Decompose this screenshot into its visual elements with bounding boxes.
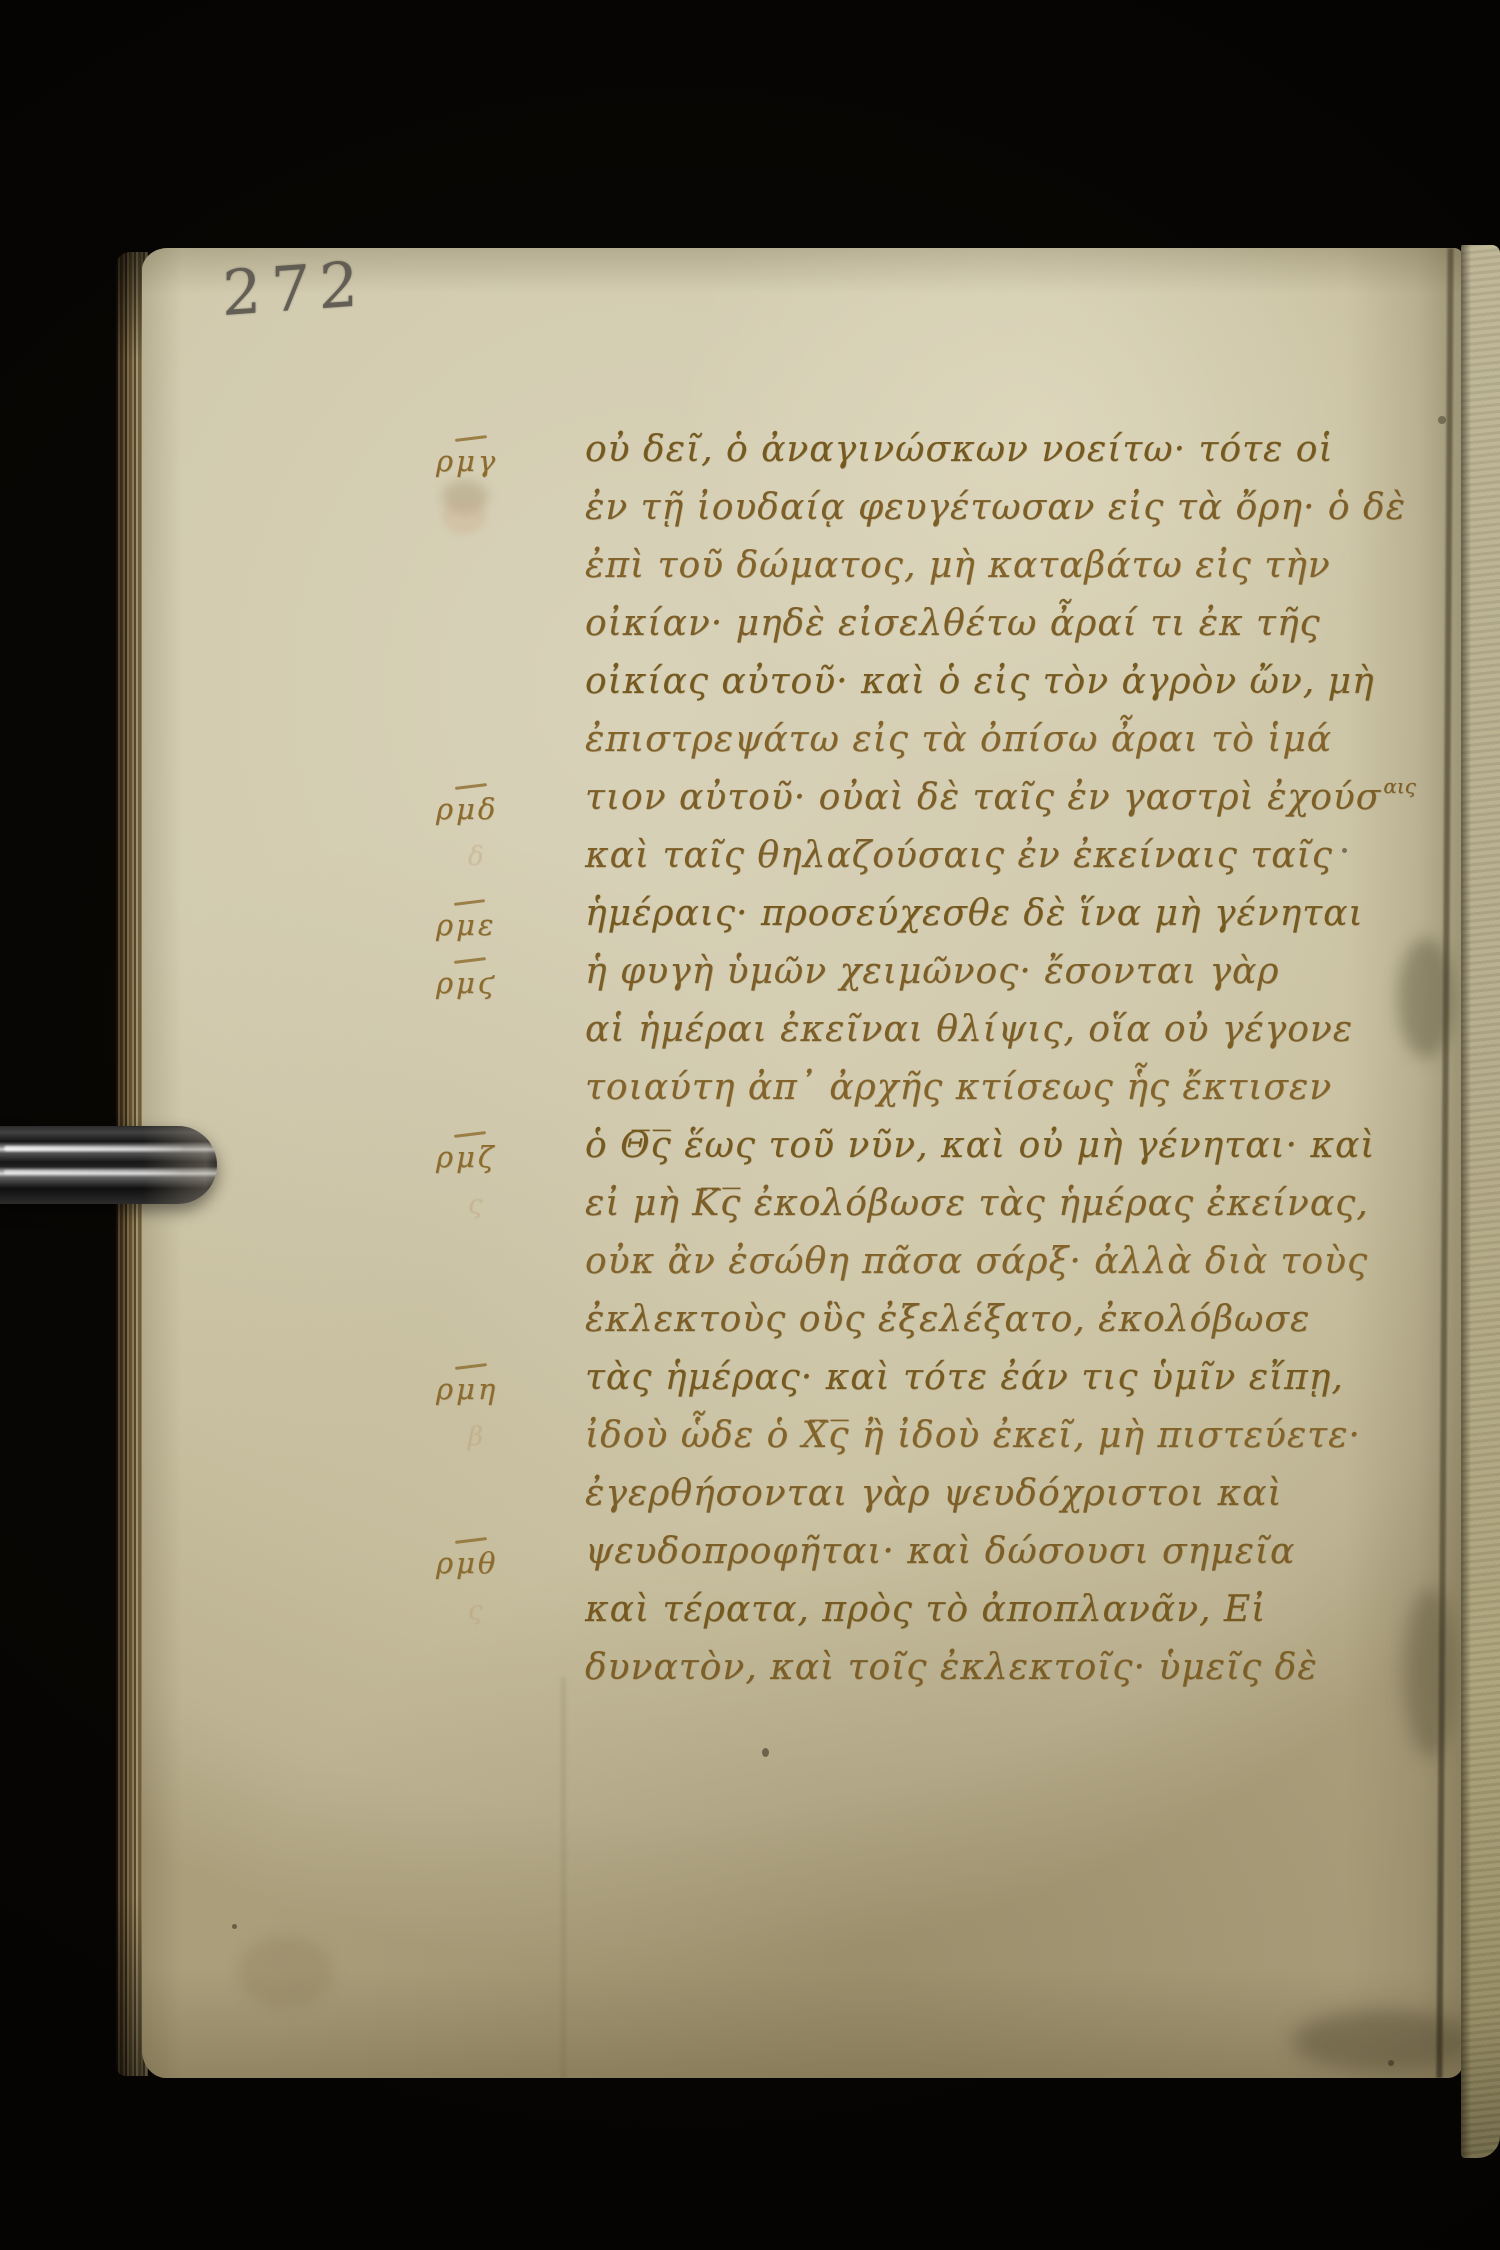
page-crease	[562, 1678, 565, 2078]
ghost-mark: ς	[468, 1190, 483, 1220]
text-line: ἰδοὺ ὧδε ὁ Χ̅ς̅ ἢ ἰδοὺ ἐκεῖ, μὴ πιστεύετ…	[585, 1418, 1361, 1454]
margin-section-number: ρμθ	[436, 1546, 498, 1580]
ghost-mark: β	[468, 1422, 483, 1452]
text-block: οὐ δεῖ, ὁ ἀναγινώσκων νοείτω· τότε οἱἐν …	[585, 432, 1375, 1722]
folio-number: 272	[222, 247, 367, 330]
ink-speck	[232, 1924, 237, 1929]
text-line: ἐπιστρεψάτω εἰς τὰ ὀπίσω ἆραι τὸ ἱμά	[585, 722, 1332, 758]
facing-page-edge	[1461, 245, 1500, 2158]
ink-speck	[1438, 416, 1446, 424]
text-line: ἐν τῇ ἰουδαίᾳ φευγέτωσαν εἰς τὰ ὄρη· ὁ δ…	[585, 490, 1406, 526]
text-line: εἰ μὴ Κ̅ς̅ ἐκολόβωσε τὰς ἡμέρας ἐκείνας,	[585, 1186, 1369, 1222]
text-line: οἰκίαν· μηδὲ εἰσελθέτω ἆραί τι ἐκ τῆς	[585, 606, 1321, 642]
text-line: οἰκίας αὐτοῦ· καὶ ὁ εἰς τὸν ἀγρὸν ὤν, μὴ	[585, 664, 1375, 700]
text-line: οὐκ ἂν ἐσώθη πᾶσα σάρξ· ἀλλὰ διὰ τοὺς	[585, 1244, 1368, 1280]
margin-section-number: ρμδ	[436, 792, 498, 826]
text-line: τὰς ἡμέρας· καὶ τότε ἐάν τις ὑμῖν εἴπῃ,	[585, 1360, 1344, 1396]
text-line: ὁ Θ̅ς̅ ἕως τοῦ νῦν, καὶ οὐ μὴ γένηται· κ…	[585, 1128, 1375, 1164]
manuscript-photo: 272 ρμγρμδρμερμϛρμζρμηρμθδςβς οὐ δεῖ, ὁ …	[0, 0, 1500, 2250]
text-line: ἐκλεκτοὺς οὓς ἐξελέξατο, ἐκολόβωσε	[585, 1302, 1310, 1338]
text-line: τοιαύτη ἀπ᾿ ἀρχῆς κτίσεως ἧς ἔκτισεν	[585, 1070, 1332, 1106]
margin-section-number: ρμϛ	[436, 966, 497, 1000]
text-line: ἡμέραις· προσεύχεσθε δὲ ἵνα μὴ γένηται	[585, 896, 1364, 932]
text-line: ψευδοπροφῆται· καὶ δώσουσι σημεῖα	[585, 1534, 1295, 1570]
text-line: καὶ ταῖς θηλαζούσαις ἐν ἐκείναις ταῖς	[585, 838, 1333, 874]
text-line: ἐγερθήσονται γὰρ ψευδόχριστοι καὶ	[585, 1476, 1283, 1512]
superscript-abbreviation: αις	[1383, 774, 1416, 798]
margin-section-number: ρμγ	[436, 444, 498, 478]
text-line: αἱ ἡμέραι ἐκεῖναι θλίψις, οἵα οὐ γέγονε	[585, 1012, 1353, 1048]
ghost-mark: ς	[468, 1596, 483, 1626]
margin-section-number: ρμζ	[436, 1140, 497, 1174]
text-line: ἐπὶ τοῦ δώματος, μὴ καταβάτω εἰς τὴν	[585, 548, 1331, 584]
ink-speck	[1388, 2060, 1394, 2066]
text-line: οὐ δεῖ, ὁ ἀναγινώσκων νοείτω· τότε οἱ	[585, 432, 1334, 468]
text-line: καὶ τέρατα, πρὸς τὸ ἀποπλανᾶν, Εἰ	[585, 1592, 1266, 1628]
ink-speck	[762, 1748, 769, 1757]
text-line: δυνατὸν, καὶ τοῖς ἐκλεκτοῖς· ὑμεῖς δὲ	[585, 1650, 1318, 1686]
parchment-stain	[238, 1936, 333, 2008]
text-line: τιον αὐτοῦ· οὐαὶ δὲ ταῖς ἐν γαστρὶ ἐχούσ…	[585, 780, 1416, 816]
parchment-stain	[442, 500, 486, 534]
ghost-mark: δ	[468, 842, 484, 872]
page-weight-clip	[0, 1126, 217, 1204]
page-crease	[1436, 248, 1453, 2078]
parchment-stain	[1404, 1588, 1456, 1758]
margin-section-number: ρμε	[436, 908, 496, 942]
margin-section-number: ρμη	[436, 1372, 498, 1406]
text-line: ἡ φυγὴ ὑμῶν χειμῶνος· ἔσονται γὰρ	[585, 954, 1279, 990]
